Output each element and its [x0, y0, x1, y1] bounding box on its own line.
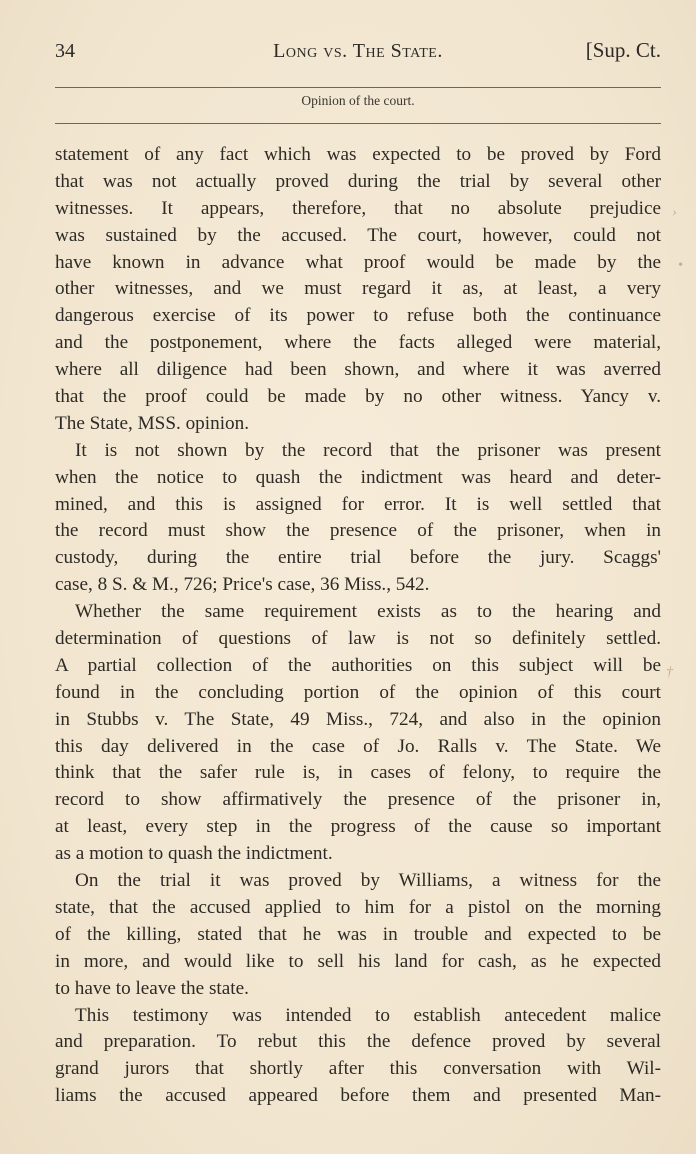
text-line: at least, every step in the progress of …: [55, 814, 661, 841]
text-line: other witnesses, and we must regard it a…: [55, 276, 661, 303]
text-line: that the proof could be made by no other…: [55, 384, 661, 411]
text-line: custody, during the entire trial before …: [55, 545, 661, 572]
paragraph: It is not shown by the record that the p…: [55, 438, 661, 599]
text-line: A partial collection of the authorities …: [55, 653, 661, 680]
text-line: On the trial it was proved by Williams, …: [55, 868, 661, 895]
text-line: found in the concluding portion of the o…: [55, 680, 661, 707]
text-line: state, that the accused applied to him f…: [55, 895, 661, 922]
text-line: this day delivered in the case of Jo. Ra…: [55, 734, 661, 761]
running-title: Long vs. The State.: [55, 40, 661, 63]
text-line: the record must show the presence of the…: [55, 518, 661, 545]
margin-mark: ›: [672, 205, 677, 221]
text-line: when the notice to quash the indictment …: [55, 465, 661, 492]
text-line: think that the safer rule is, in cases o…: [55, 760, 661, 787]
text-line: where all diligence had been shown, and …: [55, 357, 661, 384]
body-text: statement of any fact which was expected…: [55, 142, 661, 1110]
text-line: case, 8 S. & M., 726; Price's case, 36 M…: [55, 572, 661, 599]
paragraph: On the trial it was proved by Williams, …: [55, 868, 661, 1002]
text-line: It is not shown by the record that the p…: [55, 438, 661, 465]
running-head: 34 Long vs. The State. [Sup. Ct.: [55, 38, 661, 68]
text-line: determination of questions of law is not…: [55, 626, 661, 653]
text-line: statement of any fact which was expected…: [55, 142, 661, 169]
text-line: in more, and would like to sell his land…: [55, 949, 661, 976]
text-line: mined, and this is assigned for error. I…: [55, 492, 661, 519]
margin-mark: •: [678, 258, 683, 274]
text-line: The State, MSS. opinion.: [55, 411, 661, 438]
court-tag: [Sup. Ct.: [586, 38, 661, 63]
paragraph: This testimony was intended to establish…: [55, 1003, 661, 1111]
header-rule-bottom: [55, 123, 661, 124]
text-line: liams the accused appeared before them a…: [55, 1083, 661, 1110]
text-line: was sustained by the accused. The court,…: [55, 223, 661, 250]
text-line: that was not actually proved during the …: [55, 169, 661, 196]
text-line: This testimony was intended to establish…: [55, 1003, 661, 1030]
text-line: dangerous exercise of its power to refus…: [55, 303, 661, 330]
header-rule-top: [55, 87, 661, 88]
text-line: to have to leave the state.: [55, 976, 661, 1003]
paragraph: Whether the same requirement exists as t…: [55, 599, 661, 868]
text-line: and the postponement, where the facts al…: [55, 330, 661, 357]
text-line: of the killing, stated that he was in tr…: [55, 922, 661, 949]
paragraph: statement of any fact which was expected…: [55, 142, 661, 438]
text-line: witnesses. It appears, therefore, that n…: [55, 196, 661, 223]
text-line: and preparation. To rebut this the defen…: [55, 1029, 661, 1056]
text-line: grand jurors that shortly after this con…: [55, 1056, 661, 1083]
margin-mark: †: [666, 665, 673, 681]
text-line: in Stubbs v. The State, 49 Miss., 724, a…: [55, 707, 661, 734]
text-line: record to show affirmatively the presenc…: [55, 787, 661, 814]
text-line: have known in advance what proof would b…: [55, 250, 661, 277]
section-heading: Opinion of the court.: [55, 93, 661, 109]
text-line: as a motion to quash the indictment.: [55, 841, 661, 868]
text-line: Whether the same requirement exists as t…: [55, 599, 661, 626]
